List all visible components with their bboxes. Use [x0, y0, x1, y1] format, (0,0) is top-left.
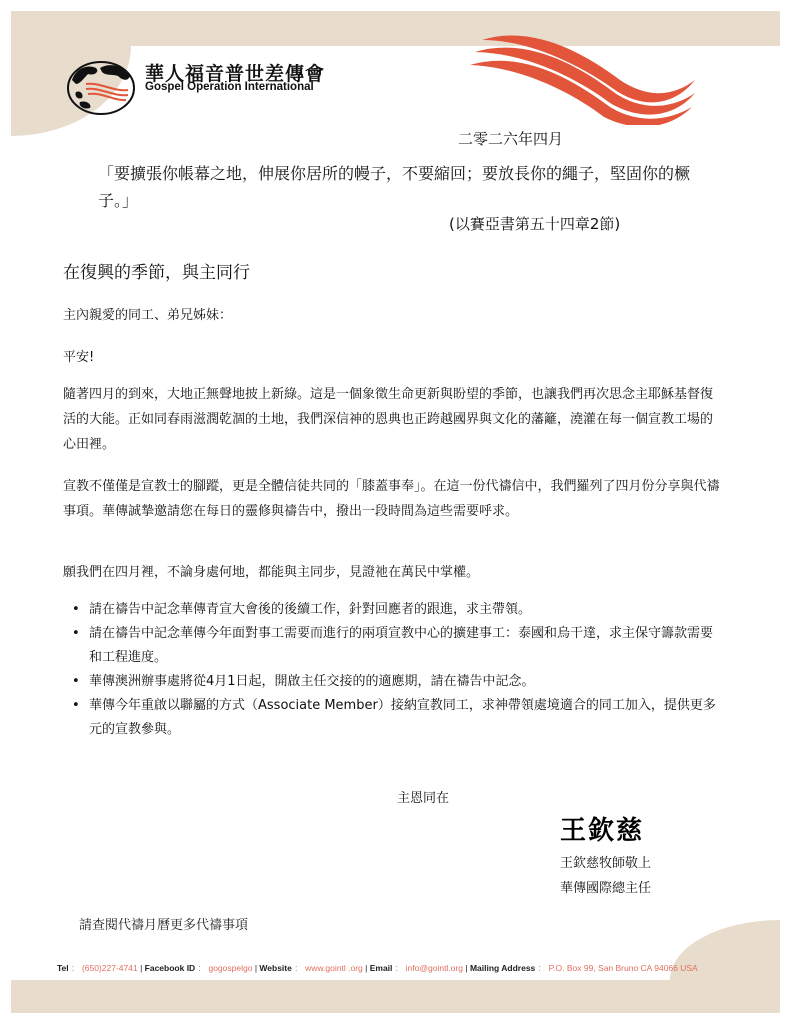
bullet-icon: •: [72, 694, 80, 718]
contact-footer: Tel ： (650)227-4741 | Facebook ID ： gogo…: [57, 962, 698, 974]
salutation: 主內親愛的同工、弟兄姊妹：: [63, 304, 232, 323]
bullet-icon: •: [72, 670, 80, 694]
org-name-english: Gospel Operation International: [145, 81, 314, 93]
signer-name: 王欽慈牧師敬上: [560, 852, 651, 871]
scripture-reference: (以賽亞書第五十四章2節): [449, 213, 620, 234]
website-link[interactable]: www.gointl .org: [305, 963, 363, 973]
paragraph-2: 宣教不僅僅是宣教士的腳蹤，更是全體信徒共同的「膝蓋事奉」。在這一份代禱信中，我們…: [63, 474, 723, 524]
bullet-icon: •: [72, 598, 80, 622]
swoosh-decoration-icon: [470, 25, 700, 125]
globe-icon: [66, 58, 136, 116]
prayer-calendar-link[interactable]: 請查閱代禱月曆更多代禱事項: [79, 914, 248, 933]
prayer-item: •華傳今年重啟以聯屬的方式（Associate Member）接納宣教同工，求神…: [63, 694, 723, 742]
letter-title: 在復興的季節，與主同行: [63, 258, 250, 283]
paragraph-3: 願我們在四月裡，不論身處何地，都能與主同步，見證祂在萬民中掌權。: [63, 560, 723, 585]
handwritten-signature: 王欽慈: [560, 810, 644, 847]
letter-date: 二零二六年四月: [458, 128, 563, 149]
prayer-item: •請在禱告中記念華傳青宣大會後的後續工作，針對回應者的跟進，求主帶領。: [63, 598, 723, 622]
paragraph-1: 隨著四月的到來，大地正無聲地披上新綠。這是一個象徵生命更新與盼望的季節，也讓我們…: [63, 382, 723, 457]
bullet-icon: •: [72, 622, 80, 646]
prayer-list: •請在禱告中記念華傳青宣大會後的後續工作，針對回應者的跟進，求主帶領。 •請在禱…: [63, 598, 723, 742]
phone-link[interactable]: (650)227-4741: [82, 963, 138, 973]
scripture-verse: 「要擴張你帳幕之地，伸展你居所的幔子，不要縮回；要放長你的繩子，堅固你的橛子。」: [98, 160, 698, 214]
greeting: 平安!: [63, 346, 94, 365]
signer-title: 華傳國際總主任: [560, 877, 651, 896]
facebook-link[interactable]: gogospelgo: [208, 963, 252, 973]
prayer-item: •請在禱告中記念華傳今年面對事工需要而進行的兩項宣教中心的擴建事工：泰國和烏干達…: [63, 622, 723, 670]
email-link[interactable]: info@gointl.org: [406, 963, 463, 973]
mailing-address: P.O. Box 99, San Bruno CA 94066 USA: [549, 963, 698, 973]
closing: 主恩同在: [397, 787, 449, 806]
prayer-item: •華傳澳洲辦事處將從4月1日起，開啟主任交接的的適應期，請在禱告中記念。: [63, 670, 723, 694]
